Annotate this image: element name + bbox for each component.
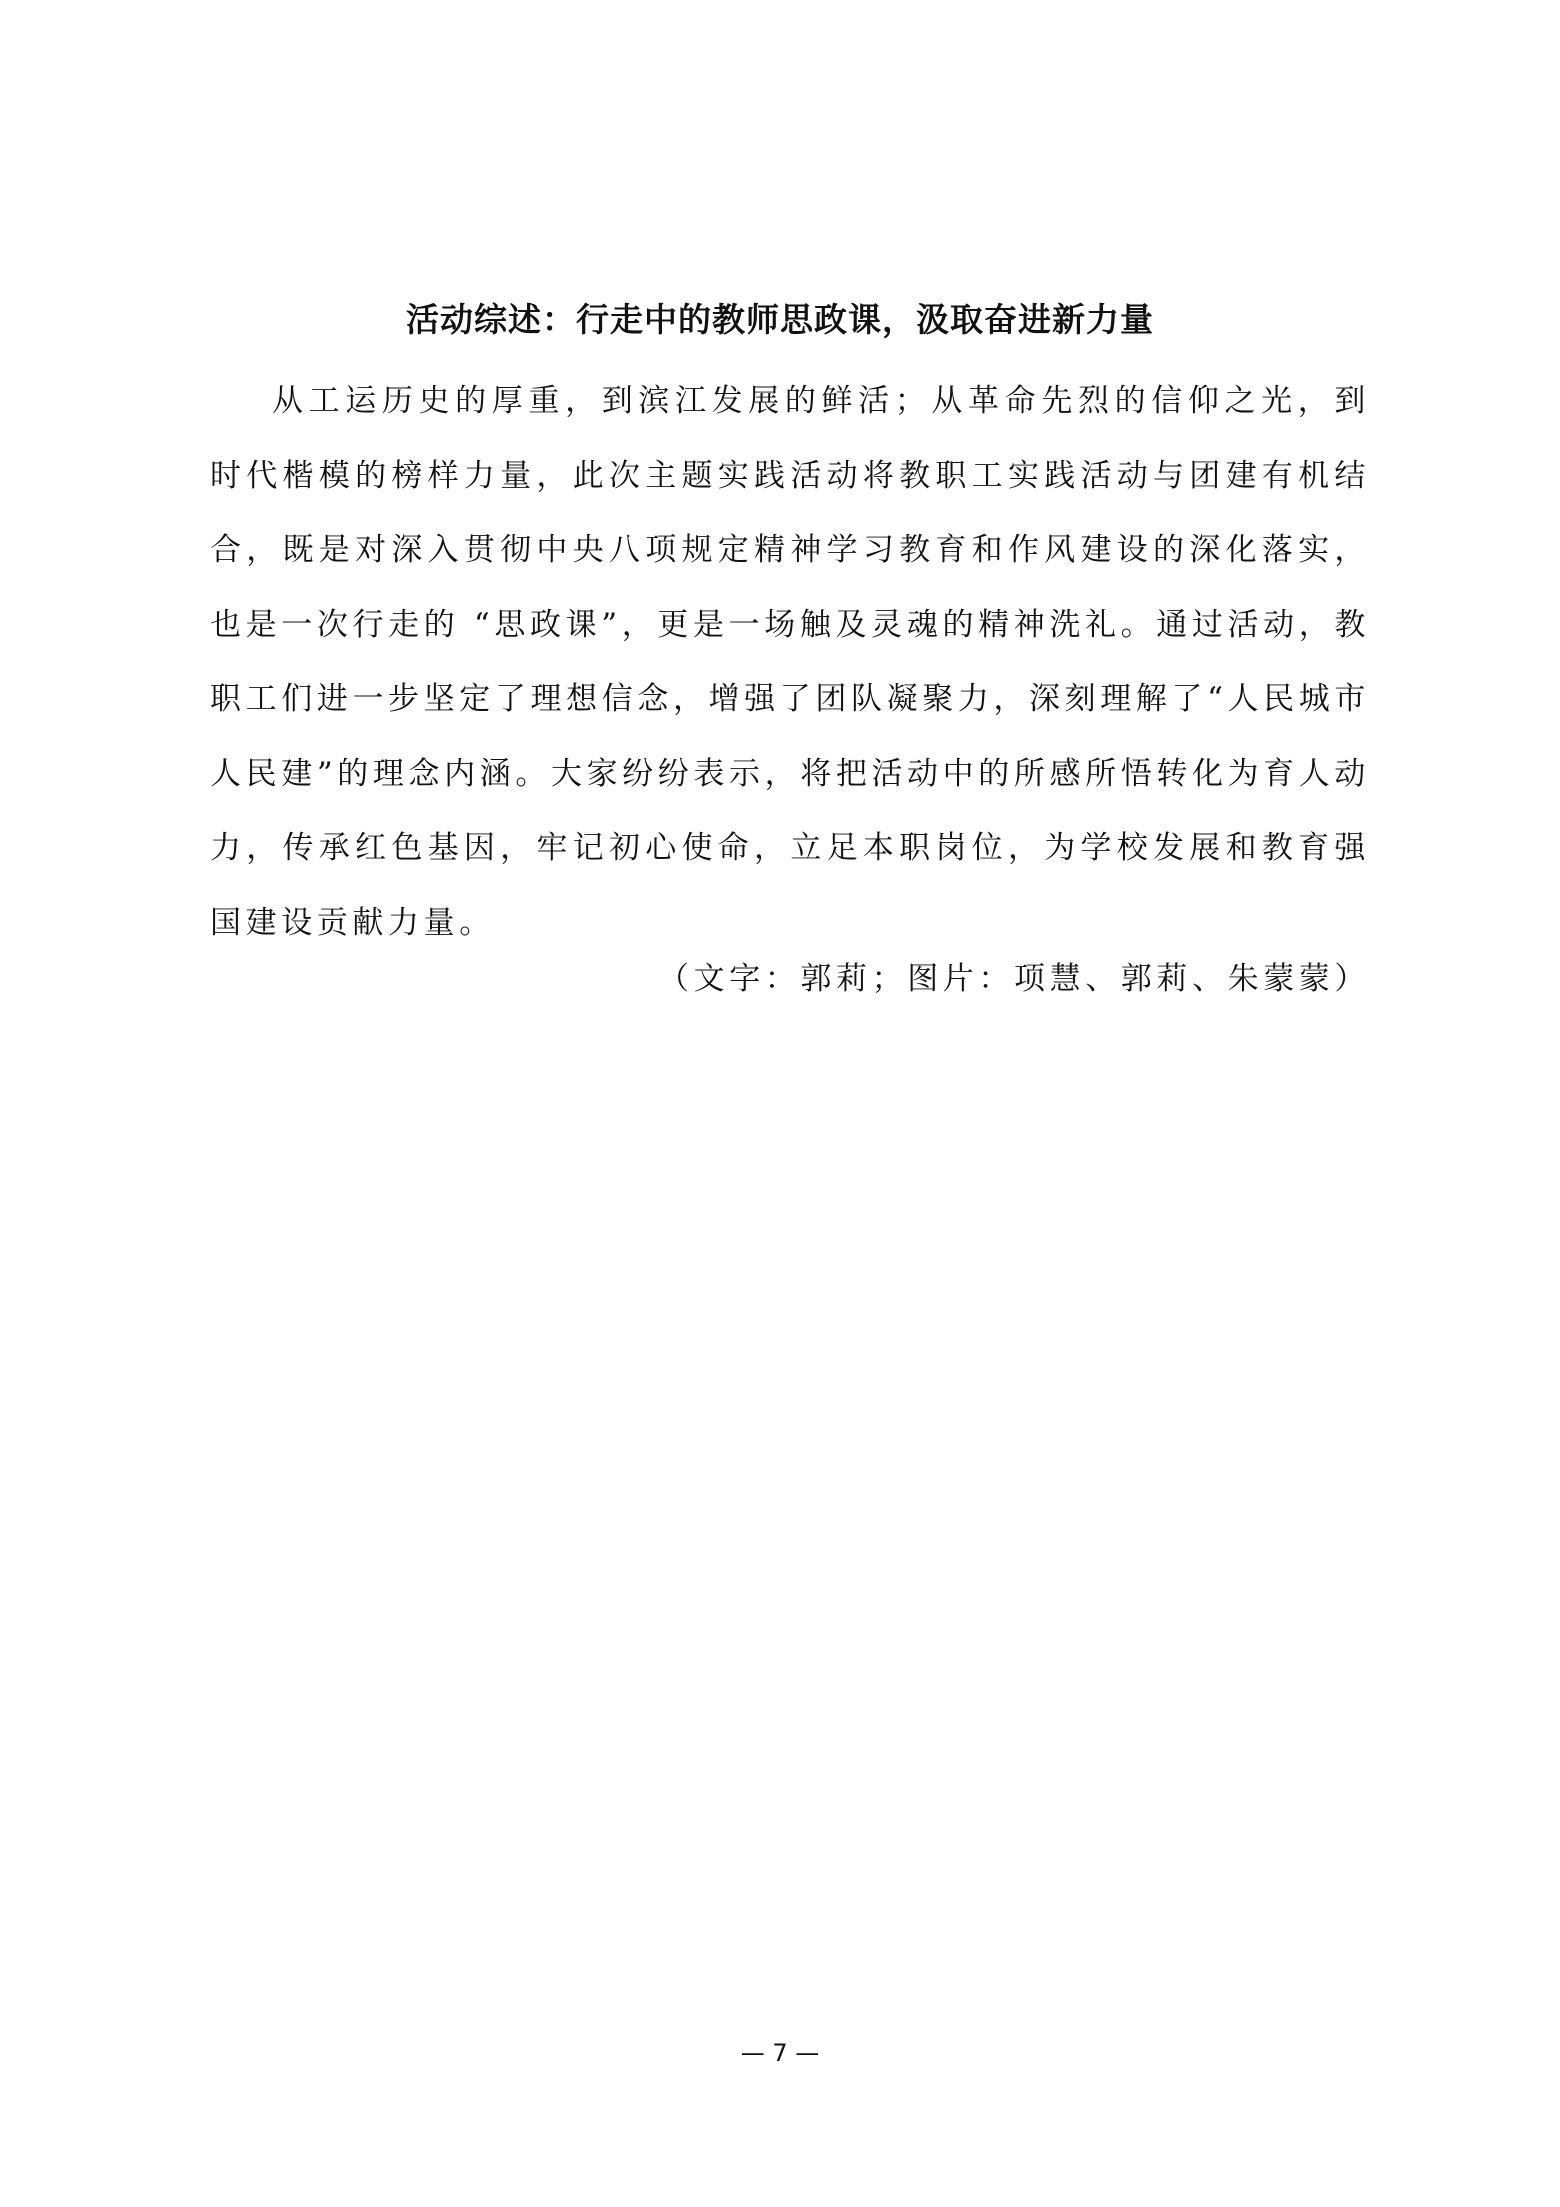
page-number: — 7 — xyxy=(0,2038,1560,2068)
article-title: 活动综述：行走中的教师思政课，汲取奋进新力量 xyxy=(0,296,1560,344)
document-page: 活动综述：行走中的教师思政课，汲取奋进新力量 从工运历史的厚重，到滨江发展的鲜活… xyxy=(0,0,1560,2207)
article-body: 从工运历史的厚重，到滨江发展的鲜活；从革命先烈的信仰之光，到时代楷模的榜样力量，… xyxy=(210,364,1370,960)
body-paragraph: 从工运历史的厚重，到滨江发展的鲜活；从革命先烈的信仰之光，到时代楷模的榜样力量，… xyxy=(210,364,1370,960)
credit-line: （文字：郭莉；图片：项慧、郭莉、朱蒙蒙） xyxy=(658,955,1370,1003)
